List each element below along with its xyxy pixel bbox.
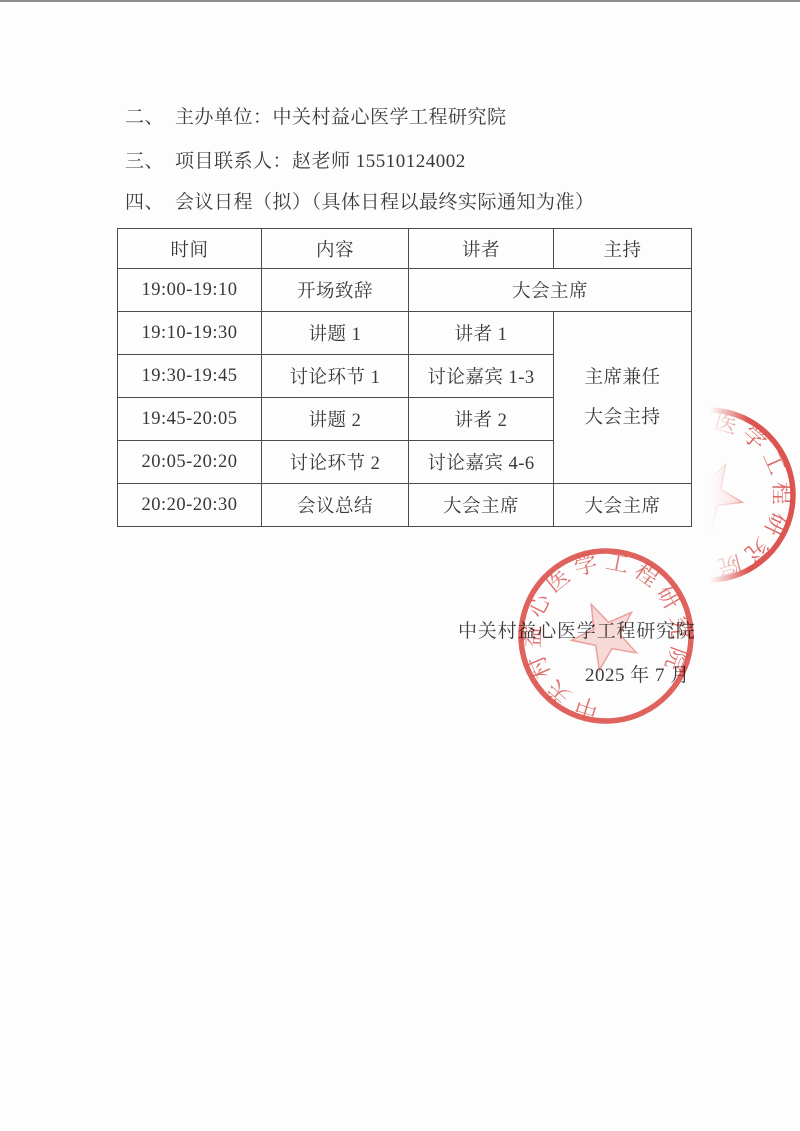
table-row: 19:00-19:10 开场致辞 大会主席 — [118, 269, 692, 312]
cell-speaker: 讨论嘉宾 1-3 — [409, 355, 554, 398]
scan-edge-line — [0, 0, 800, 2]
scanned-document-page: 二、主办单位：中关村益心医学工程研究院 三、项目联系人：赵老师 15510124… — [0, 0, 800, 1131]
schedule-table: 时间 内容 讲者 主持 19:00-19:10 开场致辞 大会主席 19:10-… — [117, 228, 692, 527]
item-text: 主办单位：中关村益心医学工程研究院 — [175, 107, 507, 128]
cell-time: 19:00-19:10 — [118, 269, 262, 312]
item-number: 四、 — [125, 190, 175, 216]
cell-time: 19:30-19:45 — [118, 355, 262, 398]
header-cell-content: 内容 — [262, 229, 409, 269]
item-text: 会议日程（拟）（具体日程以最终实际通知为准） — [175, 192, 595, 213]
table-header-row: 时间 内容 讲者 主持 — [118, 229, 692, 269]
cell-speaker: 大会主席 — [409, 484, 554, 527]
doc-item-host-org: 二、主办单位：中关村益心医学工程研究院 — [125, 105, 507, 131]
host-line: 大会主持 — [554, 398, 691, 438]
cell-speaker: 大会主席 — [409, 269, 692, 312]
cell-host: 大会主席 — [554, 484, 692, 527]
cell-content: 讨论环节 1 — [262, 355, 409, 398]
item-text: 项目联系人：赵老师 15510124002 — [175, 151, 466, 172]
table-row: 20:20-20:30 会议总结 大会主席 大会主席 — [118, 484, 692, 527]
cell-time: 20:05-20:20 — [118, 441, 262, 484]
header-cell-host: 主持 — [554, 229, 692, 269]
doc-item-agenda-title: 四、会议日程（拟）（具体日程以最终实际通知为准） — [125, 190, 595, 216]
cell-content: 开场致辞 — [262, 269, 409, 312]
header-cell-time: 时间 — [118, 229, 262, 269]
cell-speaker: 讲者 2 — [409, 398, 554, 441]
cell-content: 讲题 2 — [262, 398, 409, 441]
table-row: 19:10-19:30 讲题 1 讲者 1 主席兼任 大会主持 — [118, 312, 692, 355]
signature-org: 中关村益心医学工程研究院 — [458, 616, 696, 643]
cell-time: 19:45-20:05 — [118, 398, 262, 441]
cell-content: 讨论环节 2 — [262, 441, 409, 484]
cell-speaker: 讲者 1 — [409, 312, 554, 355]
cell-content: 会议总结 — [262, 484, 409, 527]
item-number: 三、 — [125, 149, 175, 175]
header-cell-speaker: 讲者 — [409, 229, 554, 269]
cell-speaker: 讨论嘉宾 4-6 — [409, 441, 554, 484]
doc-item-contact: 三、项目联系人：赵老师 15510124002 — [125, 149, 466, 175]
cell-time: 19:10-19:30 — [118, 312, 262, 355]
cell-content: 讲题 1 — [262, 312, 409, 355]
cell-time: 20:20-20:30 — [118, 484, 262, 527]
host-line: 主席兼任 — [554, 358, 691, 398]
signature-date: 2025 年 7 月 — [585, 660, 690, 687]
item-number: 二、 — [125, 105, 175, 131]
cell-host-merged: 主席兼任 大会主持 — [554, 312, 692, 484]
